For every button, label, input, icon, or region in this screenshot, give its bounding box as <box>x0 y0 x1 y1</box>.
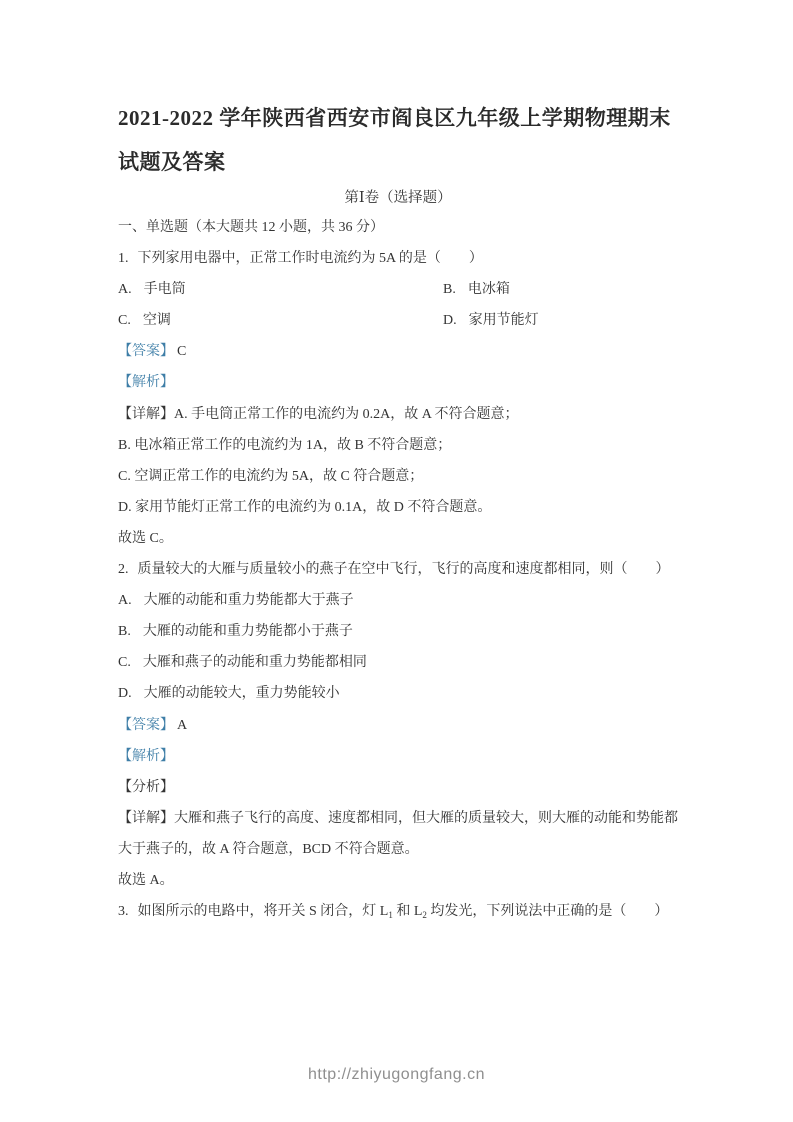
question-1-option-c: C.空调 <box>118 305 443 336</box>
document-page: { "palette": { "tag_blue": "#3e7ea7", "b… <box>0 0 793 1122</box>
question-1-options-row-2: C.空调 D.家用节能灯 <box>118 305 678 336</box>
footer-url: http://zhiyugongfang.cn <box>0 1066 793 1084</box>
question-2-conclusion: 故选 A。 <box>118 865 678 896</box>
fenxi-tag: 【分析】 <box>118 780 174 795</box>
option-label: B. <box>118 624 131 639</box>
detail-text: 大雁和燕子飞行的高度、速度都相同，但大雁的质量较大，则大雁的动能和势能都大于燕子… <box>118 811 678 857</box>
xiangjie-tag: 【详解】 <box>118 811 174 826</box>
question-1-option-d: D.家用节能灯 <box>443 305 678 336</box>
document-title-line2: 试题及答案 <box>118 140 678 184</box>
question-2-option-c: C.大雁和燕子的动能和重力势能都相同 <box>118 647 678 678</box>
question-1-detail-line-a: 【详解】A. 手电筒正常工作的电流约为 0.2A，故 A 不符合题意； <box>118 399 678 430</box>
option-label: C. <box>118 655 131 670</box>
question-1-conclusion: 故选 C。 <box>118 523 678 554</box>
jiexi-tag: 【解析】 <box>118 375 174 390</box>
question-3-stem: 3.如图所示的电路中，将开关 S 闭合，灯 L1 和 L2 均发光，下列说法中正… <box>118 896 678 927</box>
question-1-options-row-1: A.手电筒 B.电冰箱 <box>118 274 678 305</box>
question-2-stem: 2.质量较大的大雁与质量较小的燕子在空中飞行，飞行的高度和速度都相同，则（ ） <box>118 554 678 585</box>
question-1-option-b: B.电冰箱 <box>443 274 678 305</box>
question-1-text: 下列家用电器中，正常工作时电流约为 5A 的是（ ） <box>138 251 483 266</box>
question-2-option-a: A.大雁的动能和重力势能都大于燕子 <box>118 585 678 616</box>
question-1-stem: 1.下列家用电器中，正常工作时电流约为 5A 的是（ ） <box>118 243 678 274</box>
question-2-option-b: B.大雁的动能和重力势能都小于燕子 <box>118 616 678 647</box>
question-2-number: 2. <box>118 562 129 577</box>
option-label: A. <box>118 282 132 297</box>
question-1-detail-line-d: D. 家用节能灯正常工作的电流约为 0.1A，故 D 不符合题意。 <box>118 492 678 523</box>
question-1-detail-line-c: C. 空调正常工作的电流约为 5A，故 C 符合题意； <box>118 461 678 492</box>
question-1-jiexi-line: 【解析】 <box>118 367 678 398</box>
option-text: 大雁的动能和重力势能都小于燕子 <box>143 624 353 639</box>
question-2-text: 质量较大的大雁与质量较小的燕子在空中飞行，飞行的高度和速度都相同，则（ ） <box>138 562 670 577</box>
option-text: 大雁的动能和重力势能都大于燕子 <box>144 593 354 608</box>
question-2-jiexi-line: 【解析】 <box>118 741 678 772</box>
question-3-text-pre: 如图所示的电路中，将开关 S 闭合，灯 L <box>138 904 389 919</box>
question-1-option-a: A.手电筒 <box>118 274 443 305</box>
option-label: C. <box>118 313 131 328</box>
question-1-detail-line-b: B. 电冰箱正常工作的电流约为 1A，故 B 不符合题意； <box>118 430 678 461</box>
answer-tag: 【答案】 <box>118 718 174 733</box>
option-text: 电冰箱 <box>468 282 510 297</box>
answer-value: A <box>177 718 187 733</box>
xiangjie-tag: 【详解】 <box>118 407 174 422</box>
option-text: 手电筒 <box>144 282 186 297</box>
question-1-answer-line: 【答案】C <box>118 336 678 367</box>
question-2-fenxi-line: 【分析】 <box>118 772 678 803</box>
question-3-number: 3. <box>118 904 129 919</box>
question-2-answer-line: 【答案】A <box>118 710 678 741</box>
section-header: 第Ⅰ卷（选择题） <box>118 184 678 212</box>
option-text: 大雁的动能较大，重力势能较小 <box>144 686 340 701</box>
question-2-option-d: D.大雁的动能较大，重力势能较小 <box>118 678 678 709</box>
jiexi-tag: 【解析】 <box>118 749 174 764</box>
answer-tag: 【答案】 <box>118 344 174 359</box>
option-label: D. <box>118 686 132 701</box>
question-1-number: 1. <box>118 251 129 266</box>
question-2-detail: 【详解】大雁和燕子飞行的高度、速度都相同，但大雁的质量较大，则大雁的动能和势能都… <box>118 803 678 865</box>
document-title-line1: 2021-2022 学年陕西省西安市阎良区九年级上学期物理期末 <box>118 96 678 140</box>
option-text: 大雁和燕子的动能和重力势能都相同 <box>143 655 367 670</box>
option-label: D. <box>443 313 457 328</box>
question-3-text-mid: 和 L <box>393 904 423 919</box>
detail-text: A. 手电筒正常工作的电流约为 0.2A，故 A 不符合题意； <box>174 407 519 422</box>
option-text: 空调 <box>143 313 171 328</box>
answer-value: C <box>177 344 186 359</box>
part-header: 一、单选题（本大题共 12 小题，共 36 分） <box>118 212 678 243</box>
page-content: 2021-2022 学年陕西省西安市阎良区九年级上学期物理期末 试题及答案 第Ⅰ… <box>118 0 678 927</box>
question-3-text-post: 均发光，下列说法中正确的是（ ） <box>427 904 669 919</box>
option-text: 家用节能灯 <box>469 313 539 328</box>
option-label: B. <box>443 282 456 297</box>
option-label: A. <box>118 593 132 608</box>
document-title: 2021-2022 学年陕西省西安市阎良区九年级上学期物理期末 试题及答案 <box>118 96 678 184</box>
